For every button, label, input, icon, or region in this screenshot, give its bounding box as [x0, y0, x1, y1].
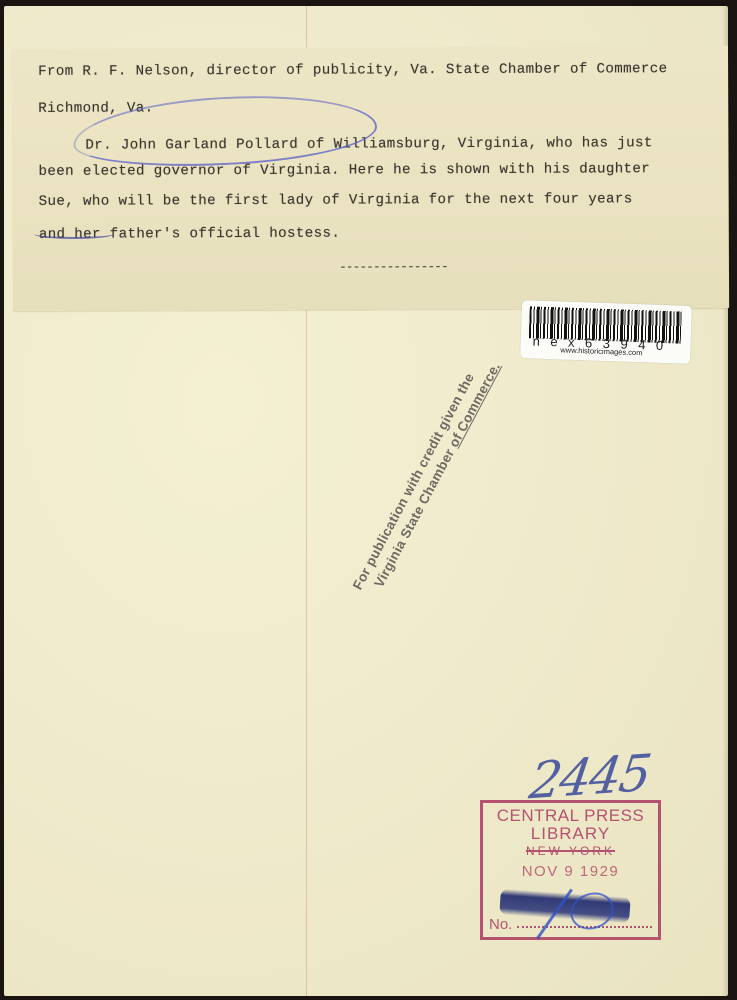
library-stamp-subtitle: LIBRARY: [483, 824, 658, 844]
library-stamp-number-label: No.: [489, 916, 512, 933]
barcode-website: www.historicimages.com: [560, 345, 642, 357]
barcode-label: nex63940 www.historicimages.com: [520, 300, 692, 364]
library-stamp-title: CENTRAL PRESS: [483, 806, 658, 826]
caption-end-rule: ----------------: [339, 259, 448, 274]
caption-slip: From R. F. Nelson, director of publicity…: [12, 46, 729, 311]
pencil-underline-mark: [34, 229, 114, 239]
caption-line-source: From R. F. Nelson, director of publicity…: [38, 61, 667, 80]
caption-line-body-2: been elected governor of Virginia. Here …: [39, 161, 651, 180]
caption-line-body-3: Sue, who will be the first lady of Virgi…: [39, 191, 633, 210]
library-stamp-city: NEW YORK: [483, 844, 658, 858]
library-stamp-date: NOV 9 1929: [483, 863, 658, 880]
